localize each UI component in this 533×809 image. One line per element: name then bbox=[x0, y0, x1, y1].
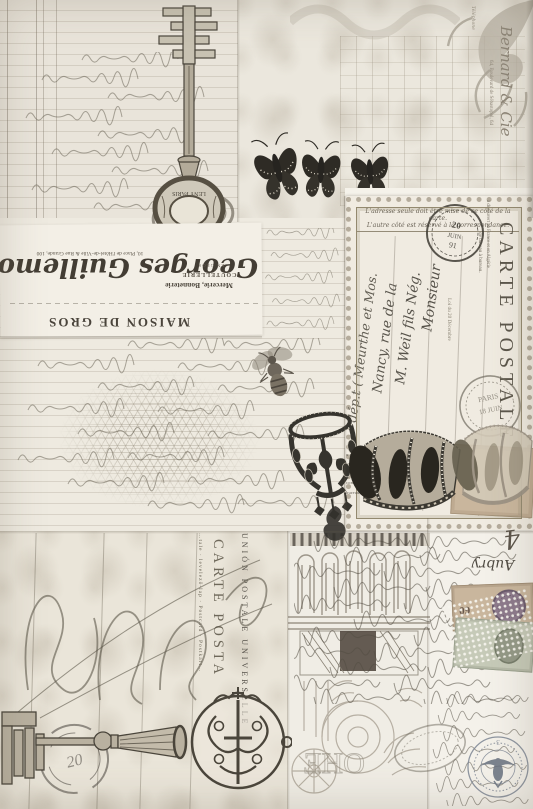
card-address-line: Monsieur bbox=[410, 198, 454, 398]
card-header-line2: L'autre côté est réservé à la correspond… bbox=[357, 222, 519, 229]
card-gap bbox=[345, 188, 533, 196]
crown-faded-right bbox=[448, 413, 533, 515]
postmark-city: PARIS bbox=[477, 391, 499, 404]
letterhead-mercerie: Mercerie, Bonneterie bbox=[150, 281, 248, 290]
paper-seam bbox=[237, 0, 240, 222]
paper-seam bbox=[287, 531, 290, 809]
antique-key-vertical: LENY PARIS bbox=[138, 0, 238, 242]
postmark-year: 91 bbox=[448, 240, 457, 250]
paper-seam bbox=[427, 518, 430, 809]
card-address-line: M. Weil fils Nég. bbox=[384, 213, 432, 443]
card-address-line: Nancy, rue de la bbox=[361, 223, 409, 453]
paper-seam bbox=[0, 531, 533, 534]
flourish-numeral: 4 bbox=[488, 522, 522, 556]
card-side-note: à découvert en France et en Algérie bbox=[485, 200, 490, 350]
letterhead-maison: MAISON DE GROS bbox=[50, 314, 190, 330]
postmark-month: JUIN bbox=[447, 232, 462, 241]
signature-aubry: Aubry bbox=[452, 556, 533, 572]
letterhead-fine-print-texture bbox=[10, 303, 258, 304]
paper-seam bbox=[344, 196, 347, 530]
postmark-top: 20 JUIN 91 bbox=[414, 196, 495, 274]
butterfly-icon bbox=[298, 137, 344, 200]
card-header-line1: L'adresse seule doit être mise de ce côt… bbox=[357, 208, 519, 222]
mirrored-watermark-letters: OHE bbox=[303, 747, 365, 780]
seal-top-value: 3 bbox=[496, 738, 500, 746]
key-bow-label: LENY PARIS bbox=[172, 190, 206, 196]
scan-edge-shadow bbox=[526, 0, 533, 218]
letterhead-address: 10, Place de l'Hôtel-de-Ville & Rue Gran… bbox=[16, 250, 164, 256]
merchant-address: 64, Boulevard de Sébastopol, 64 bbox=[488, 60, 493, 190]
letterhead-coutellerie: COUTELLERIE bbox=[178, 271, 240, 277]
card-route-note: de bureau à bureau. bbox=[477, 232, 483, 352]
merchant-script: Bernard & Cie bbox=[497, 26, 515, 186]
eagle-seal: 3 bbox=[466, 734, 530, 800]
collage: COMMISSION LENY PARIS Téléphone Bernard … bbox=[0, 0, 533, 809]
baroque-flourish bbox=[430, 0, 533, 140]
paper-seam bbox=[0, 336, 262, 339]
card-law-note: Loi du 20 Décembre bbox=[446, 298, 452, 398]
postmark-day: 20 bbox=[451, 219, 462, 230]
phone-label: Téléphone bbox=[470, 6, 475, 52]
card-header: L'adresse seule doit être mise de ce côt… bbox=[357, 208, 519, 232]
antique-key-horizontal bbox=[0, 686, 292, 798]
handwriting-texture-strip bbox=[264, 228, 340, 332]
letterhead-en-gros: EN GROS bbox=[190, 263, 232, 268]
